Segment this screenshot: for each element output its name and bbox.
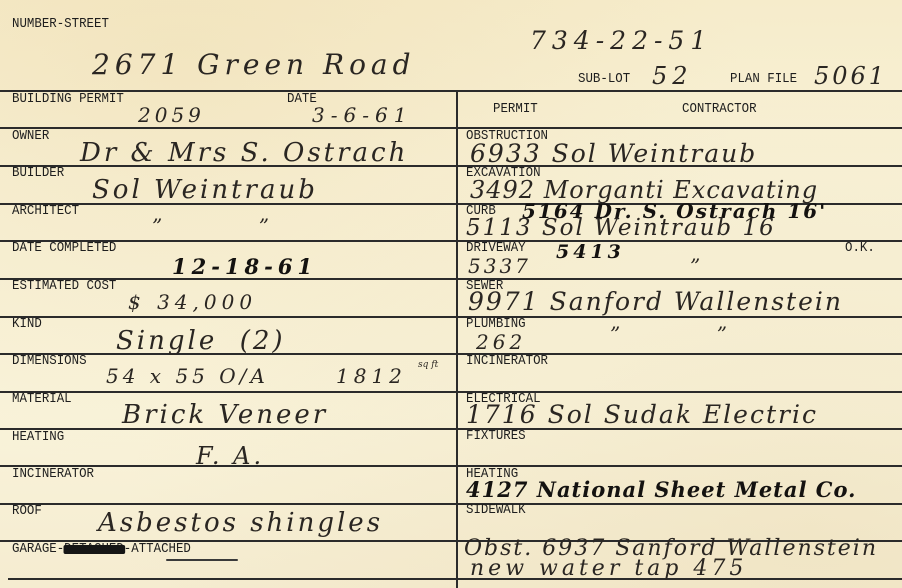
plumbing-value: 262 [476,330,526,354]
contractor-column-header: CONTRACTOR [682,102,757,117]
roof-value: Asbestos shingles [98,508,383,538]
driveway-status: O.K. [845,241,875,256]
electrical-value: 1716 Sol Sudak Electric [466,400,818,429]
garage-label: GARAGE-DETACHED-ATTACHED [12,542,191,557]
rule [456,278,902,280]
permit-record-card: NUMBER-STREET 2671 Green Road 734-22-51 … [0,0,902,588]
material-value: Brick Veneer [122,400,328,430]
date-completed-value: 12-18-61 [172,254,317,279]
driveway-value: 5413 [556,241,625,263]
roof-label: ROOF [12,504,42,519]
driveway-ditto: ” [690,254,703,278]
obstruction-value: 6933 Sol Weintraub [470,139,757,168]
attached-underline [166,559,238,561]
dimensions-label: DIMENSIONS [12,354,87,369]
address-value: 2671 Green Road [92,48,416,81]
rule [0,503,456,505]
material-label: MATERIAL [12,392,72,407]
dimensions-value: 54 x 55 O/A [106,364,269,388]
builder-label: BUILDER [12,166,64,181]
dimensions-area-unit: sq ft [418,360,438,370]
owner-value: Dr & Mrs S. Ostrach [80,138,408,168]
architect-value: ” ” [152,214,272,238]
building-permit-label: BUILDING PERMIT [12,92,124,107]
driveway-value-2: 5337 [468,254,531,278]
plan-file-label: PLAN FILE [730,72,797,87]
rule [0,90,902,92]
garage-label-suffix: -ATTACHED [124,542,191,557]
garage-label-prefix: GARAGE- [12,542,64,557]
rule [0,316,456,318]
garage-label-struck: DETACHED [64,542,124,557]
architect-label: ARCHITECT [12,204,79,219]
sub-lot-value: 52 [652,62,693,90]
permit-date-value: 3-6-61 [312,103,412,127]
sub-lot-label: SUB-LOT [578,72,630,87]
builder-value: Sol Weintraub [92,175,318,205]
curb-value-2: 5113 Sol Weintraub 16 [466,215,776,241]
parcel-number: 734-22-51 [530,26,712,55]
kind-value: Single (2) [116,326,286,356]
kind-label: KIND [12,317,42,332]
owner-label: OWNER [12,129,49,144]
plumbing-ditto: ” ” [610,322,730,346]
note-line-2: new water tap 475 [470,556,747,581]
fixtures-label: FIXTURES [466,429,526,444]
number-street-label: NUMBER-STREET [12,17,109,32]
sidewalk-label: SIDEWALK [466,503,526,518]
rule [456,465,902,467]
rule [8,578,456,580]
estimated-cost-value: $ 34,000 [128,290,257,314]
date-completed-label: DATE COMPLETED [12,241,116,256]
right-heating-value: 4127 National Sheet Metal Co. [466,477,856,502]
heating-label: HEATING [12,430,64,445]
incinerator-label: INCINERATOR [12,467,94,482]
plan-file-value: 5061 [814,62,887,90]
column-divider [456,90,458,588]
estimated-cost-label: ESTIMATED COST [12,279,116,294]
heating-value: F. A. [196,442,264,470]
dimensions-area: 1812 [336,364,407,388]
rule [0,127,902,129]
sewer-value: 9971 Sanford Wallenstein [468,287,843,316]
building-permit-value: 2059 [138,103,205,127]
right-incinerator-label: INCINERATOR [466,354,548,369]
permit-column-header: PERMIT [493,102,538,117]
